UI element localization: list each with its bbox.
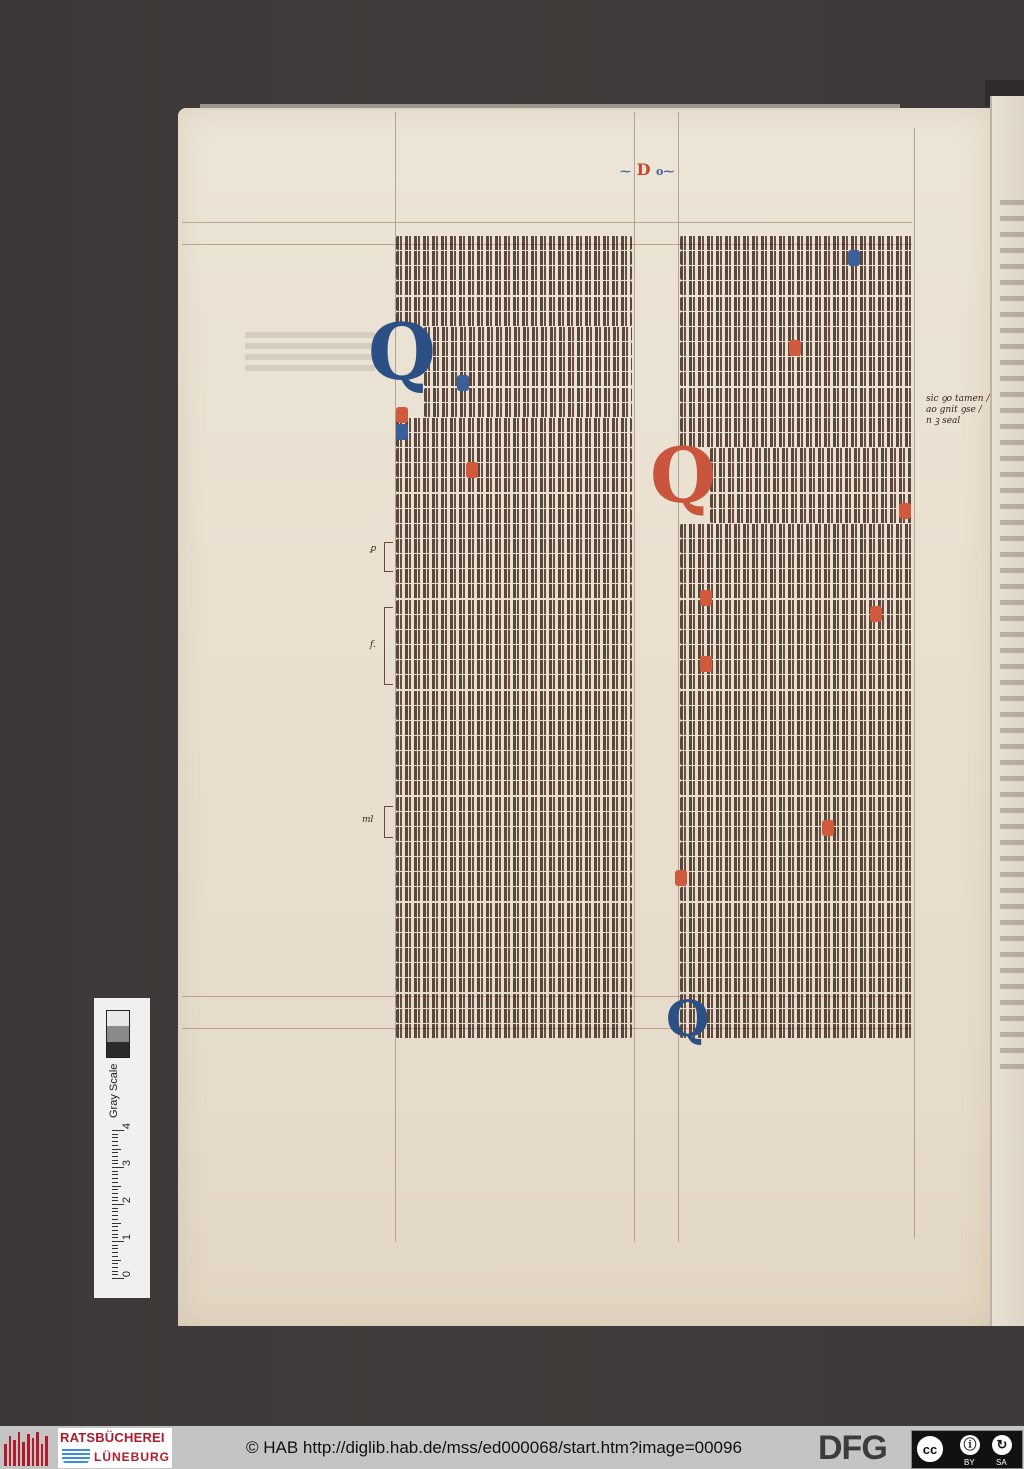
sa-share-alike-icon: ↻ <box>992 1435 1012 1455</box>
initial-q-blue-left: Q <box>368 314 436 392</box>
manuscript-text-line <box>680 312 912 326</box>
manuscript-text-line <box>396 266 632 280</box>
manuscript-text-line <box>680 357 912 371</box>
manuscript-text-line <box>396 478 632 492</box>
margin-note-left: ꝑ <box>370 544 376 555</box>
manuscript-text-line <box>396 781 632 795</box>
copyright-link[interactable]: © HAB http://diglib.hab.de/mss/ed000068/… <box>246 1438 742 1458</box>
manuscript-text-line <box>680 266 912 280</box>
paragraph-mark-red <box>675 870 687 886</box>
paragraph-mark-red <box>899 503 911 519</box>
gray-patches <box>106 1010 130 1058</box>
manuscript-text-line <box>680 554 912 568</box>
manuscript-text-line <box>396 584 632 598</box>
manuscript-text-line <box>710 509 912 523</box>
manuscript-text-line <box>396 994 632 1008</box>
scale-tick-mark <box>112 1267 118 1268</box>
manuscript-text-line <box>680 812 912 826</box>
manuscript-text-line <box>396 281 632 295</box>
scale-tick-mark <box>112 1141 118 1142</box>
scale-tick-mark <box>112 1241 124 1242</box>
manuscript-text-line <box>396 630 632 644</box>
manuscript-text-line <box>680 948 912 962</box>
manuscript-text-line <box>680 887 912 901</box>
scale-tick-mark <box>112 1248 118 1249</box>
manuscript-text-line <box>680 827 912 841</box>
manuscript-text-line <box>680 963 912 977</box>
paragraph-mark-blue <box>848 250 860 266</box>
manuscript-text-line <box>424 403 632 417</box>
manuscript-text-line <box>680 706 912 720</box>
scale-tick-mark <box>112 1245 118 1246</box>
initial-q-red-right: Q <box>650 438 716 514</box>
scale-tick-mark <box>112 1278 124 1279</box>
margin-note-left: ml <box>362 815 373 826</box>
scale-tick-mark <box>112 1223 121 1224</box>
manuscript-text-line <box>680 675 912 689</box>
manuscript-text-line <box>396 494 632 508</box>
margin-bracket <box>384 542 393 572</box>
scale-tick-mark <box>112 1215 118 1216</box>
scale-tick-mark <box>112 1219 118 1220</box>
manuscript-text-line <box>680 857 912 871</box>
open-book-icon <box>62 1449 90 1465</box>
hab-logo-icon[interactable] <box>4 1430 48 1466</box>
manuscript-text-line <box>680 524 912 538</box>
manuscript-text-line <box>396 887 632 901</box>
dfg-logo[interactable]: DFG <box>818 1430 887 1466</box>
manuscript-text-line <box>396 857 632 871</box>
manuscript-text-line <box>424 342 632 356</box>
manuscript-text-line <box>680 584 912 598</box>
ratsbuecherei-logo[interactable]: RATSBÜCHEREI LÜNEBURG <box>58 1428 172 1468</box>
manuscript-text-line <box>680 918 912 932</box>
scale-tick-mark <box>112 1171 118 1172</box>
scale-tick-mark <box>112 1189 118 1190</box>
manuscript-text-line <box>396 736 632 750</box>
paragraph-mark-red <box>396 407 408 423</box>
manuscript-text-line <box>680 781 912 795</box>
scale-tick-mark <box>112 1274 118 1275</box>
manuscript-text-line <box>680 418 912 432</box>
manuscript-text-line <box>396 903 632 917</box>
manuscript-text-line <box>680 766 912 780</box>
manuscript-text-line <box>680 297 912 311</box>
manuscript-text-line <box>680 251 912 265</box>
gray-scale-bar: Gray Scale 0 1 2 3 4 <box>94 998 150 1298</box>
scale-tick-4: 4 <box>121 1123 133 1129</box>
scale-tick-mark <box>112 1237 118 1238</box>
manuscript-text-line <box>680 569 912 583</box>
running-title-deco-right: o⁓ <box>656 165 674 178</box>
manuscript-text-line <box>396 615 632 629</box>
paragraph-mark-blue <box>396 424 408 440</box>
margin-bracket <box>384 607 393 685</box>
manuscript-text-line <box>680 236 912 250</box>
manuscript-text-line <box>680 372 912 386</box>
scale-tick-mark <box>112 1263 118 1264</box>
manuscript-text-line <box>396 918 632 932</box>
manuscript-text-line <box>396 1024 632 1038</box>
manuscript-text-line <box>396 872 632 886</box>
scale-tick-mark <box>112 1156 118 1157</box>
paragraph-mark-red <box>700 656 712 672</box>
manuscript-text-line <box>680 872 912 886</box>
manuscript-text-line <box>680 736 912 750</box>
manuscript-text-line <box>680 721 912 735</box>
scale-tick-mark <box>112 1174 118 1175</box>
ruling-line-col1-right <box>634 112 635 1242</box>
ruling-line-right-margin <box>914 128 915 1238</box>
scale-tick-mark <box>112 1252 118 1253</box>
scale-tick-2: 2 <box>121 1197 133 1203</box>
manuscript-text-line <box>680 539 912 553</box>
manuscript-text-line <box>396 691 632 705</box>
paragraph-mark-red <box>789 340 801 356</box>
manuscript-text-line <box>680 281 912 295</box>
cc-icon: cc <box>915 1434 945 1464</box>
manuscript-text-line <box>680 994 912 1008</box>
manuscript-text-line <box>396 963 632 977</box>
manuscript-text-line <box>680 751 912 765</box>
manuscript-text-line <box>680 1009 912 1023</box>
paragraph-mark-red <box>870 606 882 622</box>
manuscript-text-line <box>396 721 632 735</box>
initial-q-blue-right: Q <box>666 994 710 1044</box>
manuscript-text-line <box>680 797 912 811</box>
paragraph-mark-red <box>822 820 834 836</box>
manuscript-text-line <box>710 494 912 508</box>
manuscript-text-line <box>396 1009 632 1023</box>
manuscript-text-line <box>396 539 632 553</box>
scale-tick-mark <box>112 1160 118 1161</box>
manuscript-text-line <box>396 751 632 765</box>
scale-tick-mark <box>112 1200 118 1201</box>
scale-tick-1: 1 <box>121 1234 133 1240</box>
neighbor-page-bleed-text <box>1000 200 1024 1080</box>
manuscript-text-line <box>680 842 912 856</box>
gray-scale-label: Gray Scale <box>108 1064 120 1118</box>
manuscript-text-line <box>680 403 912 417</box>
manuscript-text-line <box>710 463 912 477</box>
manuscript-text-line <box>710 448 912 462</box>
manuscript-text-line <box>424 327 632 341</box>
manuscript-text-line <box>680 327 912 341</box>
scale-tick-mark <box>112 1204 124 1205</box>
scale-tick-mark <box>112 1134 118 1135</box>
manuscript-text-line <box>710 478 912 492</box>
ruling-line-col2-left <box>678 112 679 1242</box>
manuscript-text-line <box>680 660 912 674</box>
manuscript-text-line <box>424 357 632 371</box>
scale-tick-mark <box>112 1167 124 1168</box>
scale-tick-mark <box>112 1193 118 1194</box>
manuscript-text-line <box>396 600 632 614</box>
margin-note-right: sic ꝯo tamen / ao gnit ꝯse / n ꝫ seal <box>926 394 990 427</box>
manuscript-text-line <box>680 645 912 659</box>
manuscript-text-line <box>396 463 632 477</box>
text-column-right <box>680 236 912 1036</box>
manuscript-text-line <box>396 948 632 962</box>
scale-tick-mark <box>112 1163 118 1164</box>
scale-tick-mark <box>112 1197 118 1198</box>
scale-tick-mark <box>112 1137 118 1138</box>
manuscript-text-line <box>396 645 632 659</box>
by-label: BY <box>964 1458 975 1467</box>
manuscript-text-line <box>396 251 632 265</box>
scale-tick-0: 0 <box>121 1271 133 1277</box>
margin-note-left: f. <box>370 640 376 651</box>
scale-tick-mark <box>112 1230 118 1231</box>
scale-tick-mark <box>112 1211 118 1212</box>
manuscript-text-line <box>396 660 632 674</box>
manuscript-text-line <box>396 978 632 992</box>
scale-tick-mark <box>112 1271 118 1272</box>
manuscript-text-line <box>396 554 632 568</box>
manuscript-text-line <box>396 236 632 250</box>
manuscript-text-line <box>396 448 632 462</box>
scale-tick-mark <box>112 1226 118 1227</box>
manuscript-text-line <box>396 933 632 947</box>
ruling-line-top-1 <box>182 222 912 223</box>
by-attribution-icon: ⓘ <box>960 1435 980 1455</box>
scale-tick-mark <box>112 1208 118 1209</box>
manuscript-text-line <box>396 524 632 538</box>
scale-tick-mark <box>112 1178 118 1179</box>
cc-license-badge[interactable]: cc ⓘ ↻ BY SA <box>911 1430 1023 1469</box>
running-title-deco-left: ⁓ <box>620 165 631 178</box>
manuscript-text-line <box>396 433 632 447</box>
paragraph-mark-blue <box>457 375 469 391</box>
scale-tick-mark <box>112 1130 124 1131</box>
sa-label: SA <box>996 1458 1007 1467</box>
manuscript-text-line <box>680 978 912 992</box>
manuscript-text-line <box>680 630 912 644</box>
scale-tick-mark <box>112 1152 118 1153</box>
scale-tick-mark <box>112 1149 121 1150</box>
manuscript-text-line <box>396 842 632 856</box>
paragraph-mark-red <box>700 590 712 606</box>
manuscript-text-line <box>680 388 912 402</box>
footer-bar: RATSBÜCHEREI LÜNEBURG © HAB http://digli… <box>0 1426 1024 1469</box>
manuscript-text-line <box>396 827 632 841</box>
manuscript-text-line <box>396 766 632 780</box>
library-city: LÜNEBURG <box>94 1450 170 1464</box>
scale-tick-mark <box>112 1182 118 1183</box>
paragraph-mark-red <box>466 462 478 478</box>
running-title-letter: D <box>637 160 651 179</box>
manuscript-text-line <box>396 418 632 432</box>
faded-marginal-note <box>245 332 375 372</box>
library-name: RATSBÜCHEREI <box>60 1430 165 1445</box>
scale-tick-mark <box>112 1256 118 1257</box>
manuscript-text-line <box>396 569 632 583</box>
scale-tick-3: 3 <box>121 1160 133 1166</box>
page-top-edge <box>200 104 900 110</box>
manuscript-text-line <box>424 372 632 386</box>
manuscript-text-line <box>396 706 632 720</box>
scale-tick-mark <box>112 1234 118 1235</box>
manuscript-text-line <box>680 933 912 947</box>
manuscript-text-line <box>396 812 632 826</box>
manuscript-text-line <box>396 509 632 523</box>
manuscript-text-line <box>424 388 632 402</box>
manuscript-text-line <box>680 691 912 705</box>
manuscript-text-line <box>680 1024 912 1038</box>
running-title: ⁓ D o⁓ <box>620 160 674 179</box>
manuscript-text-line <box>396 797 632 811</box>
scale-tick-mark <box>112 1186 121 1187</box>
manuscript-text-line <box>680 903 912 917</box>
scale-tick-mark <box>112 1145 118 1146</box>
margin-bracket <box>384 806 393 838</box>
manuscript-text-line <box>396 675 632 689</box>
scale-tick-mark <box>112 1260 121 1261</box>
